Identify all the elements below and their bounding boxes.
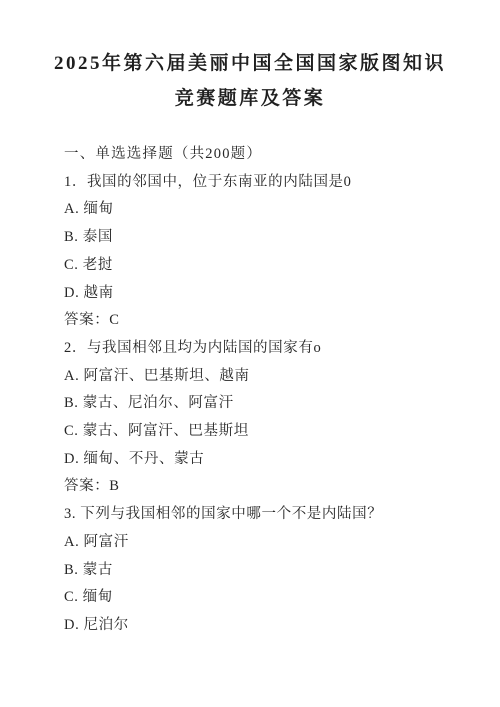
document-title-line-1: 2025年第六届美丽中国全国国家版图知识: [0, 46, 500, 81]
document-title: 2025年第六届美丽中国全国国家版图知识 竞赛题库及答案: [0, 0, 500, 116]
question-3-option-b: B. 蒙古: [64, 557, 464, 585]
question-3-text: 3. 下列与我国相邻的国家中哪一个不是内陆国？: [64, 501, 464, 529]
question-2-answer: 答案：B: [64, 473, 464, 501]
question-2-option-c: C. 蒙古、阿富汗、巴基斯坦: [64, 418, 464, 446]
question-1-option-d: D. 越南: [64, 280, 464, 308]
question-1-text: 1．我国的邻国中，位于东南亚的内陆国是0: [64, 169, 464, 197]
question-1-option-b: B. 泰国: [64, 224, 464, 252]
question-2-option-a: A. 阿富汗、巴基斯坦、越南: [64, 363, 464, 391]
question-2-option-b: B. 蒙古、尼泊尔、阿富汗: [64, 390, 464, 418]
section-heading: 一、单选选择题（共200题）: [64, 141, 464, 169]
question-3-option-c: C. 缅甸: [64, 584, 464, 612]
question-3-option-a: A. 阿富汗: [64, 529, 464, 557]
question-2-text: 2．与我国相邻且均为内陆国的国家有o: [64, 335, 464, 363]
document-page: 2025年第六届美丽中国全国国家版图知识 竞赛题库及答案 一、单选选择题（共20…: [0, 0, 500, 707]
question-2-option-d: D. 缅甸、不丹、蒙古: [64, 446, 464, 474]
question-1-option-a: A. 缅甸: [64, 196, 464, 224]
document-body: 一、单选选择题（共200题） 1．我国的邻国中，位于东南亚的内陆国是0 A. 缅…: [64, 141, 464, 640]
question-1-answer: 答案：C: [64, 307, 464, 335]
question-1-option-c: C. 老挝: [64, 252, 464, 280]
document-title-line-2: 竞赛题库及答案: [0, 81, 500, 116]
question-3-option-d: D. 尼泊尔: [64, 612, 464, 640]
